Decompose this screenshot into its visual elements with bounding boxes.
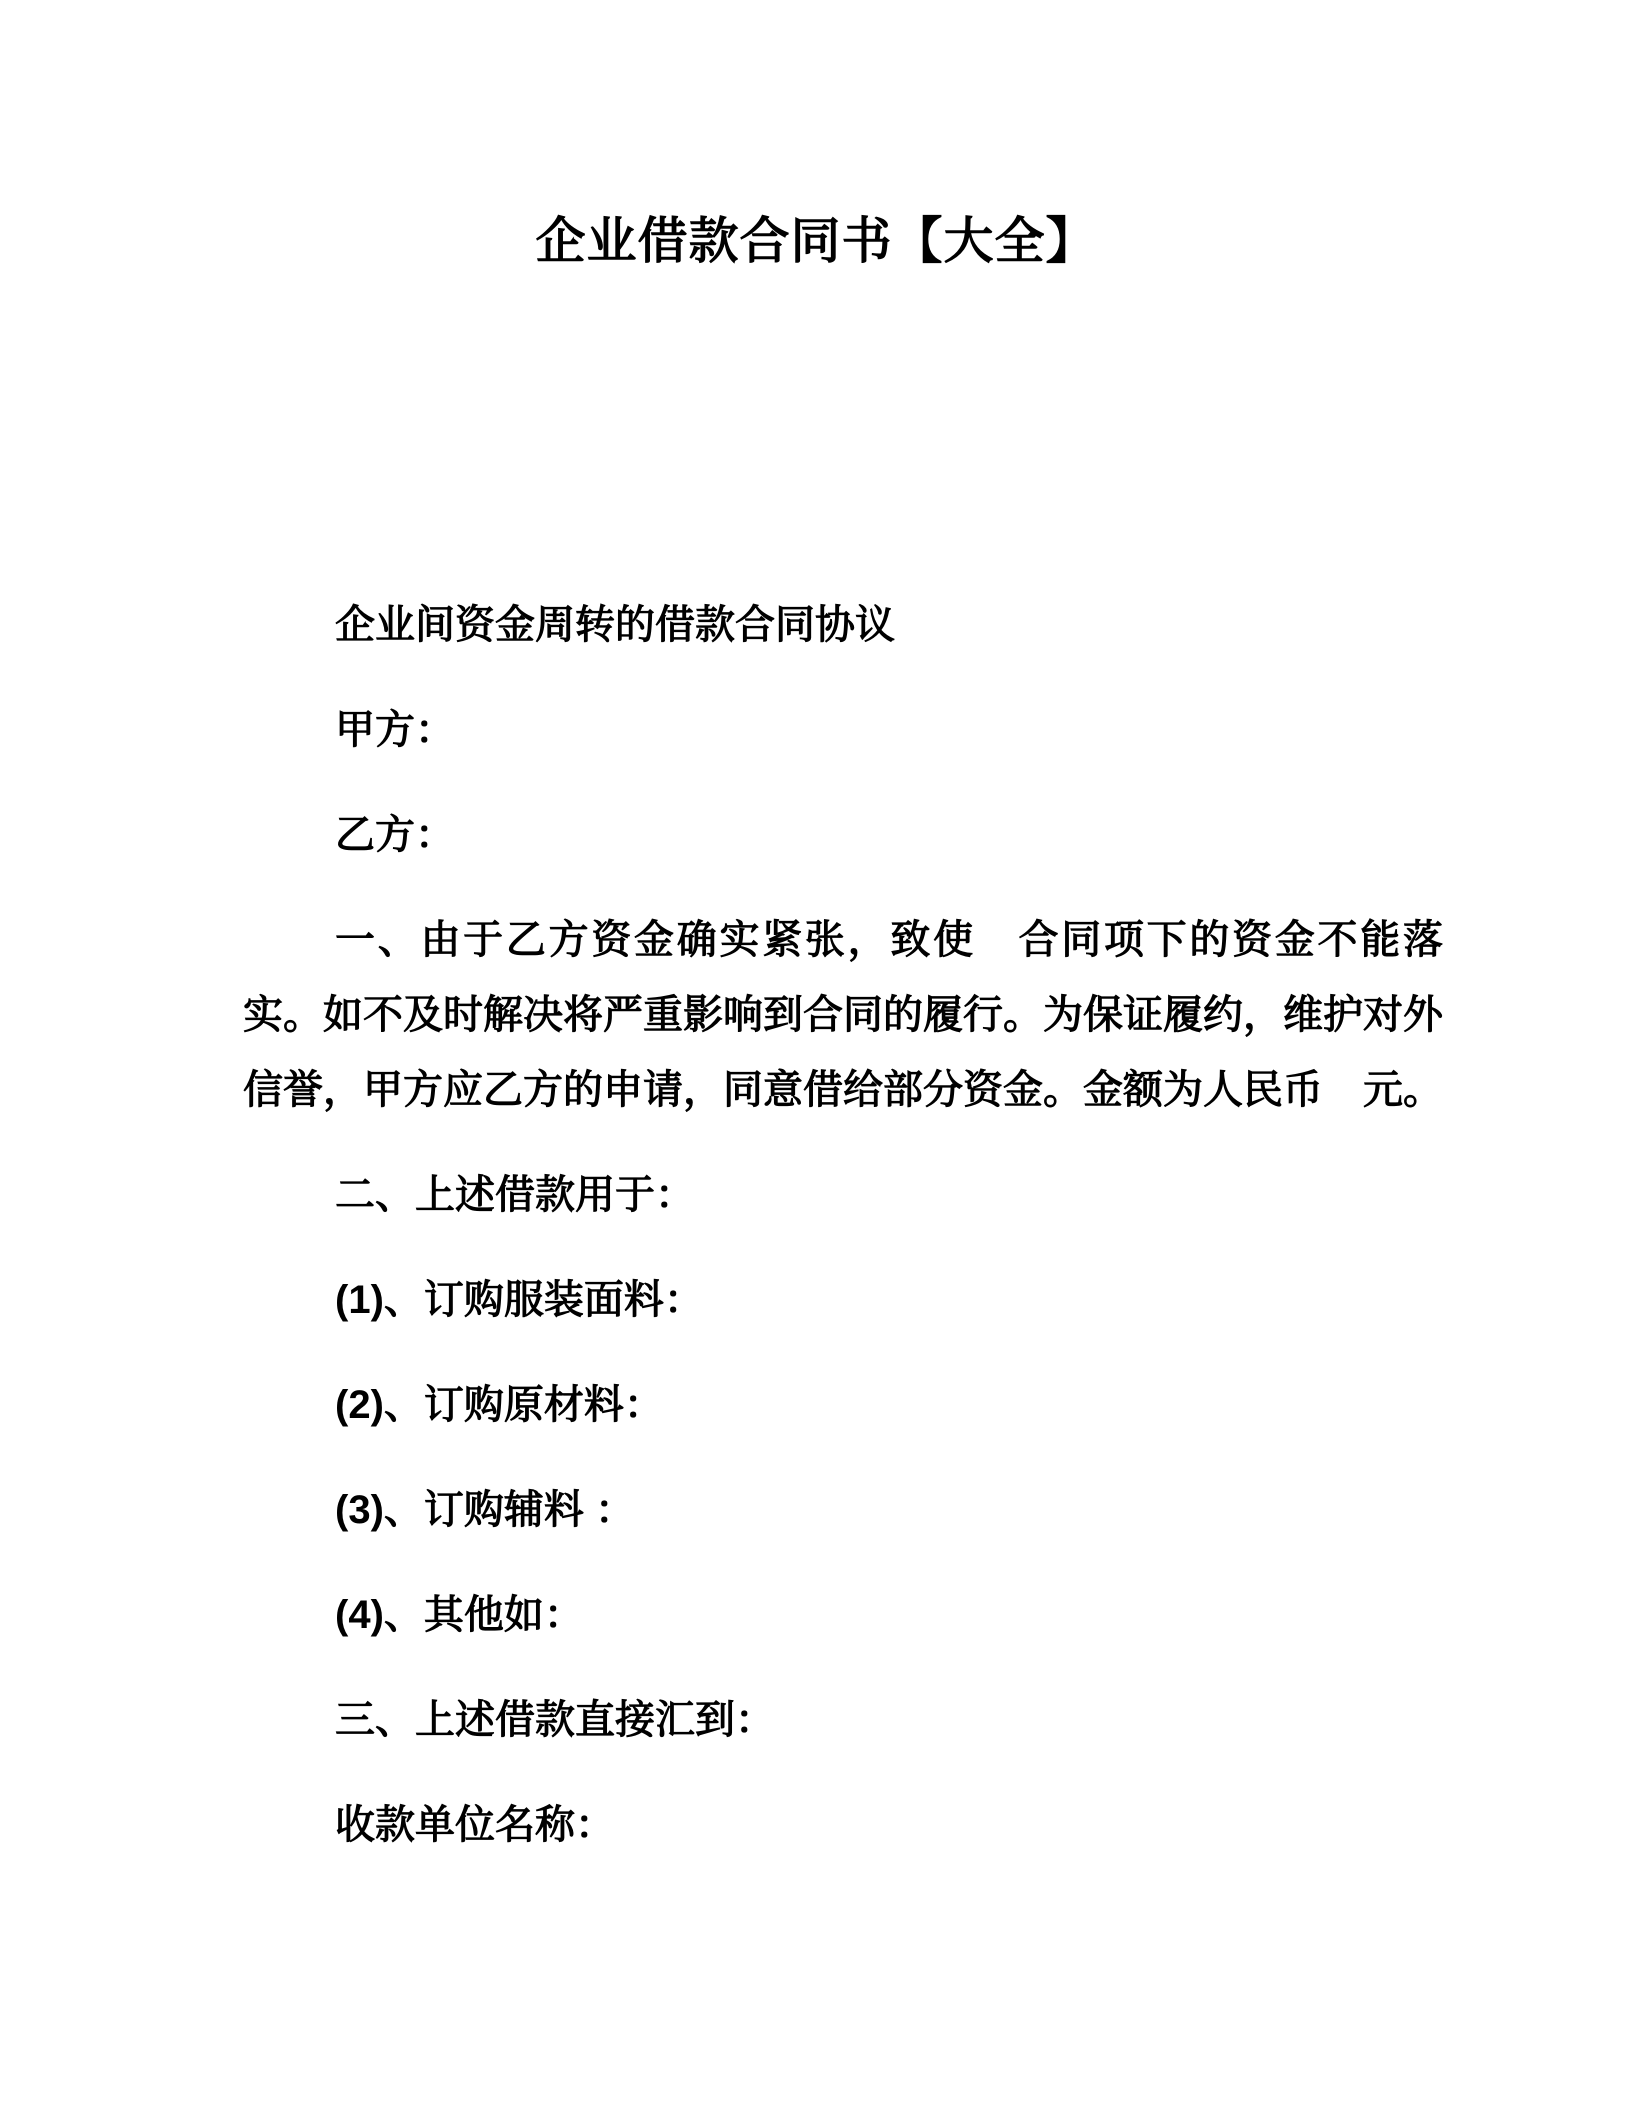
paragraph-payee-name: 收款单位名称： [243,1788,1443,1863]
paragraph-clause-3: 三、上述借款直接汇到： [243,1683,1443,1758]
document-title: 企业借款合同书【大全】 [0,0,1632,270]
document-page: 企业借款合同书【大全】 企业间资金周转的借款合同协议 甲方： 乙方： 一、由于乙… [0,0,1632,2112]
paragraph-item-3: (3)、订购辅料 ： [243,1473,1443,1548]
document-body: 企业间资金周转的借款合同协议 甲方： 乙方： 一、由于乙方资金确实紧张，致使 合… [243,588,1443,1863]
paragraph-item-1: (1)、订购服装面料： [243,1263,1443,1338]
paragraph-clause-1: 一、由于乙方资金确实紧张，致使 合同项下的资金不能落实。如不及时解决将严重影响到… [243,903,1443,1128]
paragraph-party-b: 乙方： [243,798,1443,873]
paragraph-clause-2: 二、上述借款用于： [243,1158,1443,1233]
paragraph-subtitle: 企业间资金周转的借款合同协议 [243,588,1443,663]
paragraph-item-2: (2)、订购原材料： [243,1368,1443,1443]
paragraph-item-4: (4)、其他如： [243,1578,1443,1653]
paragraph-party-a: 甲方： [243,693,1443,768]
